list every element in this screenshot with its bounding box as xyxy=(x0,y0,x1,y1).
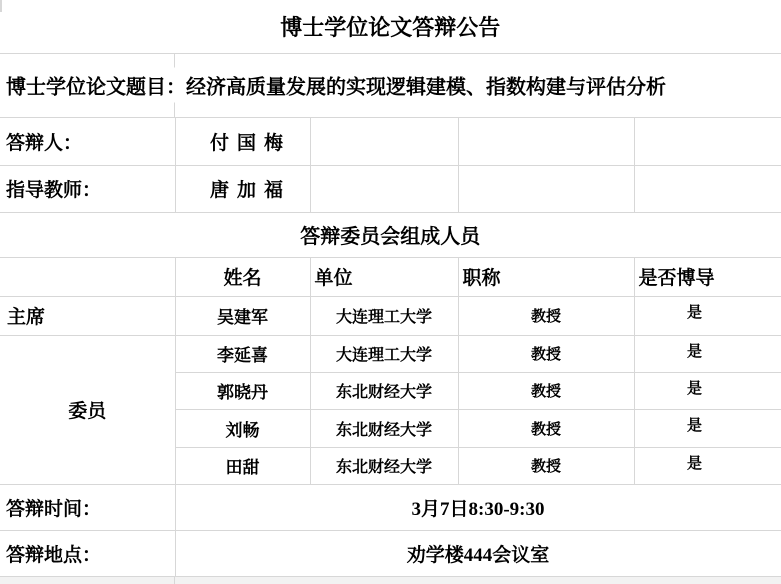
member-name: 吴建军 xyxy=(175,296,310,335)
defense-location-value: 劝学楼444会议室 xyxy=(175,530,781,576)
member-name: 刘畅 xyxy=(175,409,310,447)
chair-role-cell: 主席 xyxy=(0,296,175,335)
empty-cell xyxy=(634,117,781,165)
empty-cell xyxy=(310,117,458,165)
committee-section-title: 答辩委员会组成人员 xyxy=(0,212,781,257)
advisor-name: 唐加福 xyxy=(175,165,310,212)
member-name: 田甜 xyxy=(175,447,310,484)
header-name: 姓名 xyxy=(175,257,310,296)
column-gridline xyxy=(174,577,175,584)
member-name: 郭晓丹 xyxy=(175,372,310,409)
header-supervisor: 是否博导 xyxy=(634,257,781,296)
announcement-table: 博士学位论文答辩公告 博士学位论文题目：经济高质量发展的实现逻辑建模、指数构建与… xyxy=(0,0,781,584)
defender-name: 付国梅 xyxy=(175,117,310,165)
thesis-title-label: 博士学位论文题目： xyxy=(6,77,186,99)
thesis-title-value: 经济高质量发展的实现逻辑建模、指数构建与评估分析 xyxy=(186,77,666,99)
empty-cell xyxy=(634,165,781,212)
member-supervisor: 是 xyxy=(634,409,781,447)
header-role-empty xyxy=(0,257,175,296)
member-title: 教授 xyxy=(458,409,634,447)
member-role-cell: 委员 xyxy=(0,335,175,484)
page-title: 博士学位论文答辩公告 xyxy=(0,0,781,53)
advisor-label: 指导教师： xyxy=(0,165,175,212)
gridline-artifact xyxy=(0,0,2,12)
empty-cell xyxy=(458,165,634,212)
empty-cell xyxy=(310,165,458,212)
defense-announcement-sheet: 博士学位论文答辩公告 博士学位论文题目：经济高质量发展的实现逻辑建模、指数构建与… xyxy=(0,0,781,584)
member-unit: 东北财经大学 xyxy=(310,409,458,447)
footer-strip xyxy=(0,576,781,584)
defense-time-value: 3月7日8:30-9:30 xyxy=(175,484,781,530)
member-title: 教授 xyxy=(458,447,634,484)
member-supervisor: 是 xyxy=(634,447,781,484)
defense-location-label: 答辩地点： xyxy=(0,530,175,576)
member-supervisor: 是 xyxy=(634,372,781,409)
header-title: 职称 xyxy=(458,257,634,296)
member-title: 教授 xyxy=(458,296,634,335)
member-title: 教授 xyxy=(458,335,634,372)
member-unit: 大连理工大学 xyxy=(310,335,458,372)
thesis-title-row: 博士学位论文题目：经济高质量发展的实现逻辑建模、指数构建与评估分析 xyxy=(0,53,781,117)
empty-cell xyxy=(458,117,634,165)
member-unit: 东北财经大学 xyxy=(310,447,458,484)
member-supervisor: 是 xyxy=(634,296,781,335)
member-unit: 大连理工大学 xyxy=(310,296,458,335)
member-title: 教授 xyxy=(458,372,634,409)
defender-label: 答辩人： xyxy=(0,117,175,165)
defense-time-label: 答辩时间： xyxy=(0,484,175,530)
member-unit: 东北财经大学 xyxy=(310,372,458,409)
thesis-title-text: 博士学位论文题目：经济高质量发展的实现逻辑建模、指数构建与评估分析 xyxy=(6,68,672,103)
member-supervisor: 是 xyxy=(634,335,781,372)
member-name: 李延喜 xyxy=(175,335,310,372)
header-unit: 单位 xyxy=(310,257,458,296)
